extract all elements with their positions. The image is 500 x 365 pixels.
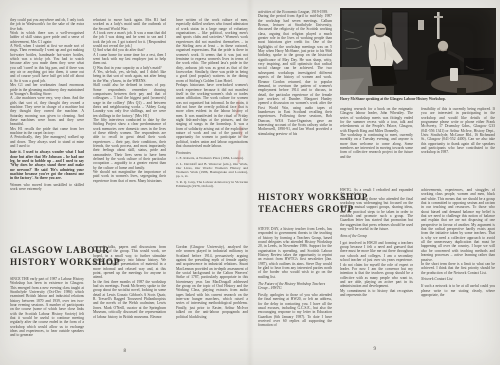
glasgow-workshop-cont-col3: feasibility of this is currently being e… [421, 107, 495, 180]
womens-work-article-col2: reluctant to move back again. Mrs R1 had… [93, 18, 166, 240]
photo-illustration [340, 8, 496, 95]
article-text: reluctant to move back again. Mrs R1 had… [93, 18, 166, 183]
subheading-aims-of-the-group: Aims of the Group [340, 234, 413, 238]
page-number-left: 8 [0, 349, 250, 354]
article-text: I got involved in HW20 and forming a tea… [340, 241, 413, 297]
speaker-trousers [370, 64, 397, 88]
article-text: STEVE DAY, a history teacher from Leeds,… [258, 227, 332, 279]
glasgow-workshop-cont-col1: activities of the Economic League, 1919-… [258, 10, 332, 180]
teachers-group-col2: HWTG. As a result I redrafted and expand… [340, 188, 413, 347]
scanned-newsletter-spread: they could put you anywhere and oh, I on… [0, 0, 500, 365]
glasgow-workshop-cont-col2: ongoing research for a book on the enigm… [340, 107, 413, 180]
article-text-bold: hate it. I used to always wonder what I … [10, 150, 84, 180]
article-text: SINCE THE early part of 1987 a Labour Hi… [10, 277, 84, 338]
article-text: achievements, experiences, and struggles… [421, 188, 495, 275]
womens-work-article-col1: they could put you anywhere and oh, I on… [10, 18, 84, 240]
wall-fixture-bracket [434, 16, 443, 18]
article-text: If such a network is to be at all useful… [421, 284, 495, 297]
page-left: they could put you anywhere and oh, I on… [0, 0, 250, 365]
tape-recorder [464, 58, 494, 74]
white-jug [450, 68, 458, 81]
page-number-right: 9 [250, 347, 500, 352]
subheading-network-contact-list: Network Contact List [421, 277, 495, 281]
chair-shadow [368, 86, 394, 95]
footnote-3: 3. R. Q. Gray, The Labour Aristocracy in… [176, 180, 248, 188]
article-text: they could put you anywhere and oh, I on… [10, 18, 84, 148]
wall-switch [418, 20, 424, 30]
article-text: HWTG. As a result I redrafted and expand… [340, 188, 413, 231]
glasgow-workshop-col2: research talks, papers and discussions f… [93, 245, 166, 359]
article-text: Gordon (Glasgow University), analysed th… [176, 245, 248, 319]
teachers-group-col3: achievements, experiences, and struggles… [421, 188, 495, 347]
harry-mcshane-photo [340, 8, 496, 95]
glasgow-workshop-col3: Gordon (Glasgow University), analysed th… [176, 245, 248, 359]
article-text: activities of the Economic League, 1919-… [258, 10, 332, 136]
article-text: research talks, papers and discussions f… [93, 245, 166, 319]
table-pedestal [457, 88, 466, 95]
page-right: activities of the Economic League, 1919-… [250, 0, 500, 365]
photo-caption: Harry McShane speaking at the Glasgow La… [340, 97, 496, 101]
article-text: Firstly, apologies to those of you who a… [258, 293, 332, 328]
teachers-group-col1: STEVE DAY, a history teacher from Leeds,… [258, 227, 332, 347]
footnote-2: 2. L. Davidoff and B. Westover (eds.), O… [176, 162, 248, 179]
subheading-future-of-hwtg: The Future of the History Workshop Teach… [258, 282, 332, 291]
article-text: feasibility of this is currently being e… [421, 107, 495, 155]
womens-work-article-col3: have written of the work culture of men,… [176, 18, 248, 240]
article-text: have written of the work culture of men,… [176, 18, 248, 148]
article-text: Women who moved from unskilled to skille… [10, 183, 84, 192]
article-text: ongoing research for a book on the enigm… [340, 107, 413, 159]
